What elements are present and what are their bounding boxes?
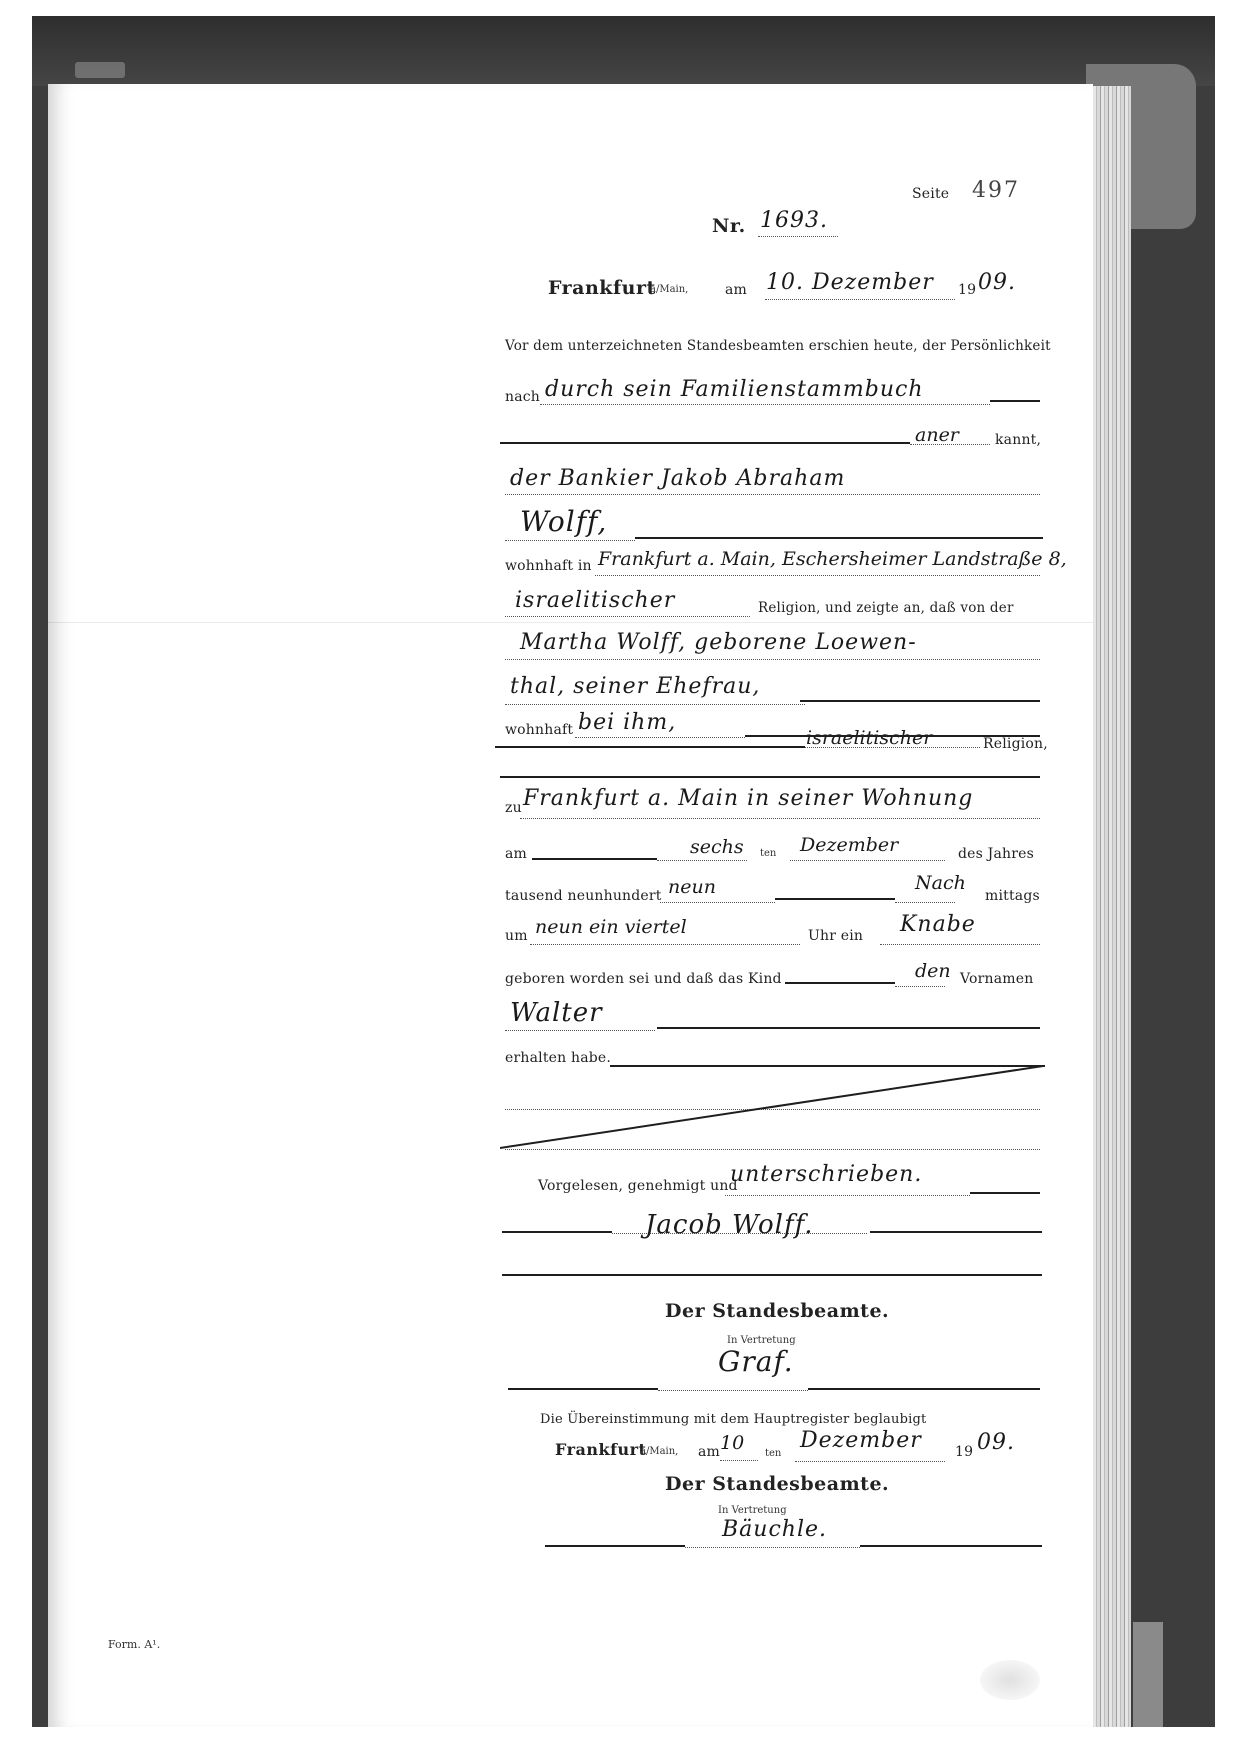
form-label: Form. A¹.	[108, 1638, 160, 1651]
certification-text: Die Übereinstimmung mit dem Hauptregiste…	[540, 1412, 926, 1427]
cert-year-prefix: 19	[955, 1444, 973, 1460]
day-label: am	[505, 846, 527, 862]
time-of-day-value: Nach	[915, 872, 966, 894]
month-value: Dezember	[800, 834, 898, 856]
year-label: des Jahres	[958, 846, 1034, 862]
uhr-label: Uhr ein	[808, 928, 863, 944]
nach-value: durch sein Familienstammbuch	[545, 377, 924, 402]
place-suffix: a/Main,	[650, 284, 688, 295]
vornamen-prefix: den	[915, 960, 951, 982]
mother-residence-label: wohnhaft	[505, 722, 573, 738]
page-stack-edges	[1093, 86, 1131, 1727]
page-number: 497	[972, 178, 1020, 203]
registrar-heading: Der Standesbeamte.	[665, 1300, 889, 1322]
page-label: Seite	[912, 186, 949, 202]
registrar-heading-2: Der Standesbeamte.	[665, 1473, 889, 1495]
cert-day-suffix: ten	[765, 1448, 781, 1459]
cert-place-suffix: a/Main,	[640, 1446, 678, 1457]
cert-date-prefix: am	[698, 1444, 720, 1460]
year-text-label: tausend neunhundert	[505, 888, 662, 904]
registrar-signature-2: Bäuchle.	[722, 1517, 827, 1542]
religion-1-value: israelitischer	[515, 588, 675, 613]
residence-value: Frankfurt a. Main, Eschersheimer Landstr…	[598, 548, 1067, 570]
cert-month: Dezember	[800, 1428, 922, 1453]
vornamen-label: Vornamen	[960, 971, 1034, 987]
binding-tab-bottom	[1133, 1622, 1163, 1727]
strike-through-line	[500, 1062, 1045, 1152]
mother-line-2: thal, seiner Ehefrau,	[510, 674, 760, 699]
day-value: sechs	[690, 836, 744, 858]
scan-smudge	[980, 1660, 1040, 1700]
year-prefix: 19	[958, 282, 976, 298]
kannt-label: kannt,	[995, 432, 1041, 448]
deputy-label-2: In Vertretung	[718, 1505, 787, 1516]
hour-value: neun ein viertel	[535, 916, 687, 938]
cert-day: 10	[720, 1432, 744, 1454]
cert-place-label: Frankfurt	[555, 1440, 646, 1459]
birthplace-value: Frankfurt a. Main in seiner Wohnung	[523, 786, 973, 811]
religion-2-value: israelitischer	[806, 727, 932, 749]
year-text-value: neun	[668, 876, 716, 898]
sex-value: Knabe	[900, 912, 976, 937]
person-line-2: Wolff,	[520, 505, 607, 538]
mother-residence-value: bei ihm,	[578, 710, 676, 735]
kannt-value: aner	[915, 424, 959, 446]
date-written: 10. Dezember	[766, 270, 934, 295]
place-label: Frankfurt	[548, 277, 656, 299]
nach-label: nach	[505, 389, 540, 405]
register-page	[48, 84, 1093, 1727]
page-fold-line	[48, 622, 1093, 623]
time-of-day-label: mittags	[985, 888, 1040, 904]
birthplace-label: zu	[505, 800, 522, 816]
informant-signature: Jacob Wolff.	[645, 1210, 814, 1240]
entry-number: 1693.	[760, 208, 828, 233]
read-approved-label: Vorgelesen, genehmigt und	[538, 1178, 738, 1194]
cert-year-suffix: 09.	[977, 1430, 1015, 1455]
religion-2-label: Religion,	[983, 736, 1048, 752]
intro-text: Vor dem unterzeichneten Standesbeamten e…	[505, 338, 1051, 354]
child-name: Walter	[510, 998, 603, 1028]
residence-label: wohnhaft in	[505, 558, 592, 574]
person-line-1: der Bankier Jakob Abraham	[510, 466, 845, 491]
religion-1-label: Religion, und zeigte an, daß von der	[758, 600, 1014, 616]
mother-line-1: Martha Wolff, geborene Loewen-	[520, 630, 917, 655]
born-label: geboren worden sei und daß das Kind	[505, 971, 782, 987]
day-suffix: ten	[760, 848, 776, 859]
registrar-signature: Graf.	[718, 1345, 794, 1378]
year-suffix: 09.	[978, 270, 1016, 295]
scanner-top-shadow	[32, 16, 1215, 86]
entry-label: Nr.	[712, 215, 746, 237]
date-prefix: am	[725, 282, 747, 298]
binding-clip-left	[75, 62, 125, 78]
hour-label: um	[505, 928, 528, 944]
read-approved-value: unterschrieben.	[730, 1162, 922, 1187]
